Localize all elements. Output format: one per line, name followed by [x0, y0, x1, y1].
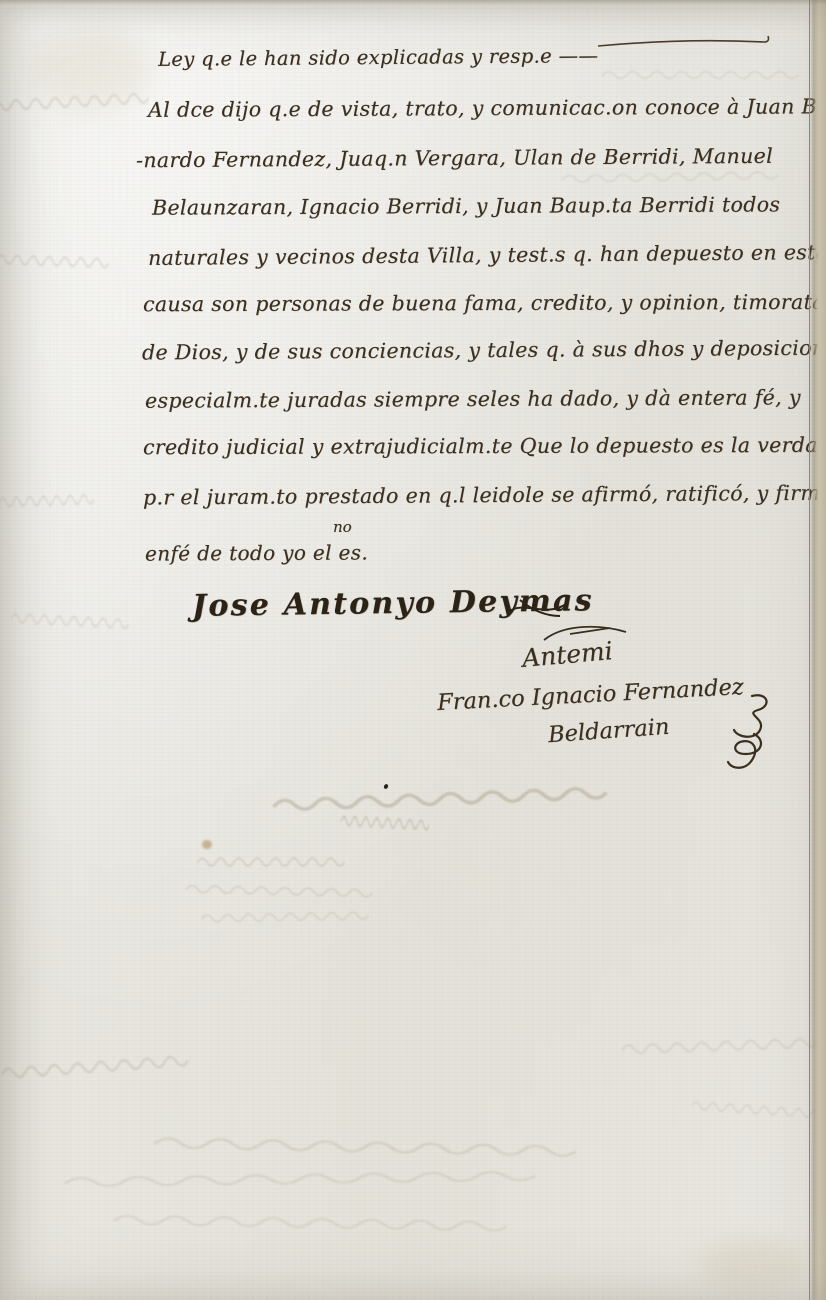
attestation-flourish: [540, 622, 630, 644]
bleed-through-line: [560, 166, 780, 188]
manuscript-line: causa son personas de buena fama, credit…: [143, 290, 826, 316]
page-top-edge: [0, 0, 826, 5]
manuscript-line: Belaunzaran, Ignacio Berridi, y Juan Bau…: [152, 192, 780, 219]
manuscript-line: especialm.te juradas siempre seles ha da…: [145, 385, 801, 412]
manuscript-line: p.r el juram.to prestado en q.l leidole …: [143, 481, 826, 510]
ink-speck: [383, 783, 389, 789]
signature-flourish: [506, 596, 570, 622]
bleed-through-line: [0, 488, 95, 514]
bleed-through-line: [270, 779, 611, 818]
bleed-through-line: [150, 1131, 580, 1164]
rust-stain: [202, 840, 212, 849]
paper-stain: [30, 30, 150, 110]
bleed-through-line: [600, 66, 800, 84]
manuscript-line: Al dce dijo q.e de vista, trato, y comun…: [148, 94, 826, 122]
attestation-notary-surname: Beldarrain: [547, 714, 670, 748]
bleed-through-line: [196, 852, 346, 872]
notary-rubric: [688, 690, 778, 790]
page-right-edge: [809, 0, 826, 1300]
superscript-abbreviation: no: [333, 518, 352, 536]
manuscript-line: enfé de todo yo el es.: [145, 540, 368, 565]
bleed-through-line: [184, 880, 374, 903]
manuscript-line: Ley q.e le han sido explicadas y resp.e …: [158, 44, 598, 71]
manuscript-line: -nardo Fernandez, Juaq.n Vergara, Ulan d…: [136, 144, 773, 172]
manuscript-line: credito judicial y extrajudicialm.te Que…: [143, 433, 826, 459]
bleed-through-line: [0, 1048, 191, 1085]
bleed-through-line: [339, 810, 430, 837]
bleed-through-line: [620, 1032, 821, 1061]
paper-stain: [700, 1240, 810, 1290]
manuscript-line: naturales y vecinos desta Villa, y test.…: [148, 240, 826, 270]
bleed-through-line: [689, 1095, 826, 1125]
bleed-through-line: [110, 1209, 510, 1238]
manuscript-page: Ley q.e le han sido explicadas y resp.e …: [0, 0, 826, 1300]
manuscript-line: de Dios, y de sus conciencias, y tales q…: [142, 336, 826, 365]
bleed-through-line: [0, 248, 110, 275]
ruled-dash: [596, 34, 774, 50]
bleed-through-line: [60, 1165, 540, 1194]
bleed-through-line: [200, 907, 370, 928]
bleed-through-line: [10, 607, 131, 635]
bleed-through-line: [0, 86, 151, 118]
